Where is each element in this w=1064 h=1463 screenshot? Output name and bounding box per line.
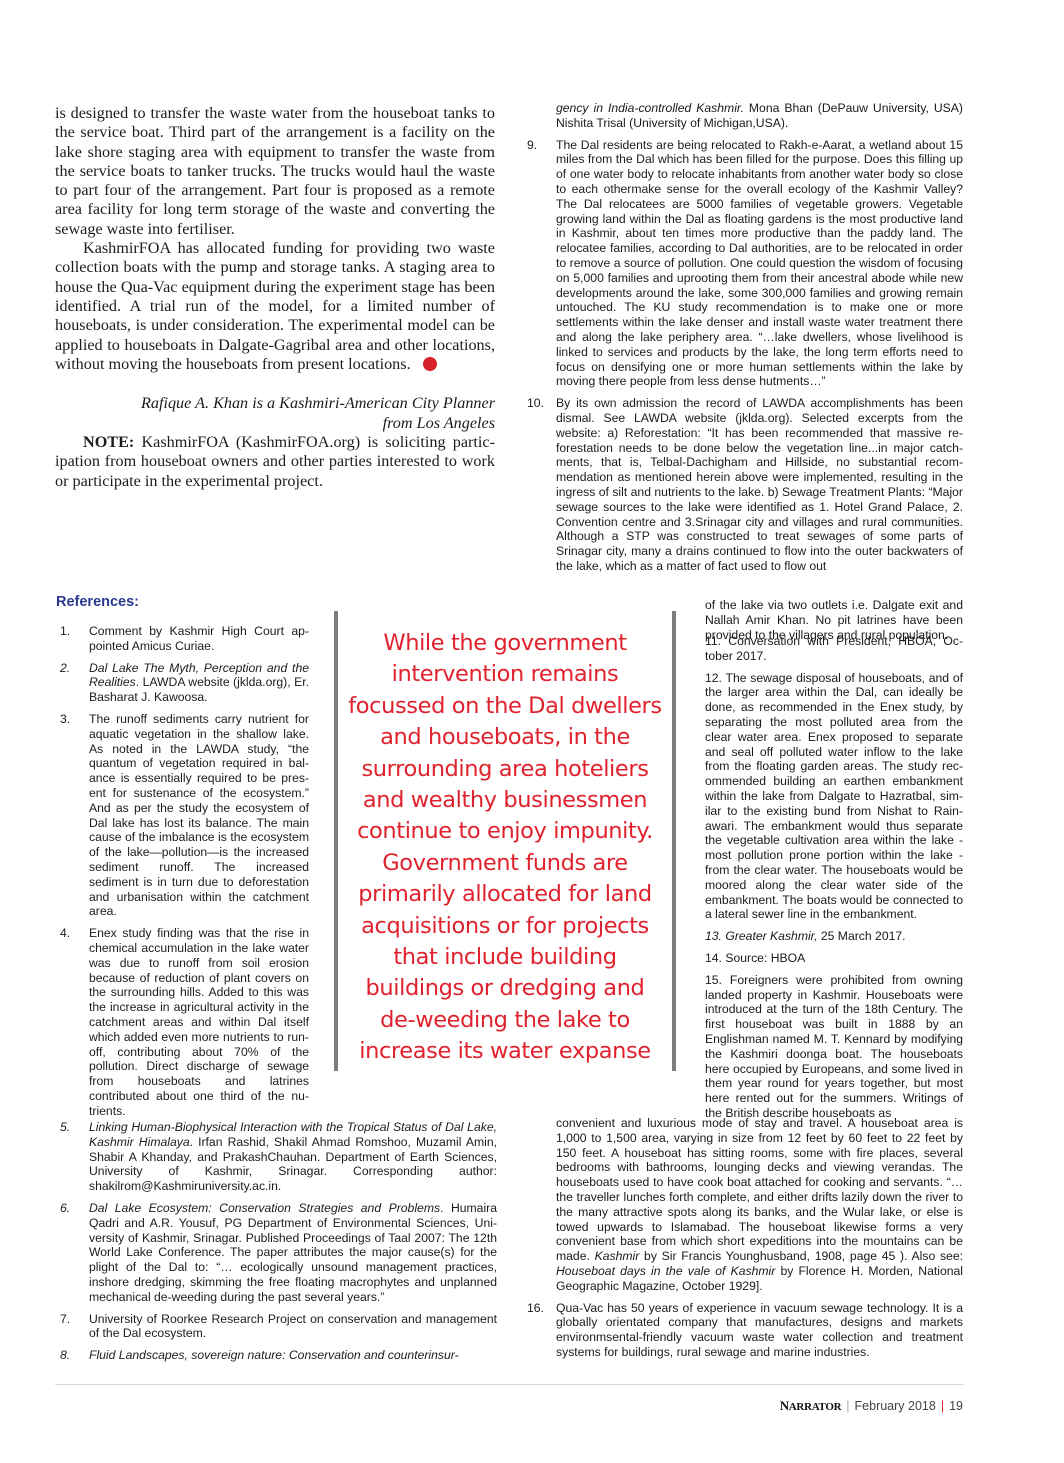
- references-list-right-narrow: 11. Conversation with President, HBOA, O…: [705, 634, 963, 1128]
- reference-item-16: 16. Qua-Vac has 50 years of experience i…: [523, 1301, 963, 1360]
- reference-item-2: 2. Dal Lake The Myth, Perception and the…: [56, 661, 309, 705]
- reference-item-7: 7. University of Roorkee Research Projec…: [56, 1312, 497, 1342]
- reference-item-15-continued: convenient and luxurious mode of stay an…: [523, 1116, 963, 1294]
- note-label: NOTE:: [83, 433, 134, 451]
- article-body: is designed to transfer the waste water …: [55, 104, 495, 491]
- reference-item-1: 1. Comment by Kashmir High Court ap­poin…: [56, 624, 309, 654]
- reference-item-8: 8. Fluid Landscapes, sovereign nature: C…: [56, 1348, 497, 1363]
- reference-item-15: 15. Foreigners were prohibited from owni…: [705, 973, 963, 1121]
- footer-divider: [55, 1384, 964, 1385]
- note-paragraph: NOTE: KashmirFOA (KashmirFOA.org) is sol…: [55, 433, 495, 491]
- pull-quote: While the government intervention remain…: [342, 628, 668, 1068]
- article-paragraph-2: KashmirFOA has allocated funding for pro…: [55, 239, 495, 374]
- references-list-left-wide: 5. Linking Human-Biophysical Interaction…: [56, 1120, 497, 1370]
- reference-item-3: 3. The runoff sediments carry nutrient f…: [56, 712, 309, 919]
- pull-quote-left-bar: [334, 611, 338, 1071]
- footer-separator: |: [846, 1399, 849, 1413]
- reference-title: Dal Lake Ecosystem: Conservation Strateg…: [89, 1201, 440, 1215]
- reference-title: Greater Kashmir,: [725, 929, 817, 943]
- reference-item-5: 5. Linking Human-Biophysical Interaction…: [56, 1120, 497, 1194]
- reference-item-6: 6. Dal Lake Ecosystem: Conservation Stra…: [56, 1201, 497, 1305]
- references-heading: References:: [56, 594, 139, 610]
- reference-item-9: 9. The Dal residents are being relocated…: [523, 138, 963, 390]
- references-list-right-bottom: convenient and luxurious mode of stay an…: [523, 1116, 963, 1367]
- reference-item-12: 12. The sewage disposal of houseboats, a…: [705, 671, 963, 923]
- reference-item-10: 10. By its own admission the record of L…: [523, 396, 963, 574]
- reference-item-14: 14. Source: HBOA: [705, 951, 963, 966]
- narrator-end-mark-icon: N: [423, 357, 437, 371]
- reference-item-11: 11. Conversation with President, HBOA, O…: [705, 634, 963, 664]
- pull-quote-right-bar: [672, 611, 676, 1071]
- issue-date: February 2018: [855, 1399, 936, 1413]
- page-footer: NARRATOR | February 2018 | 19: [780, 1398, 963, 1414]
- page-number: 19: [949, 1399, 963, 1413]
- references-list-left-narrow: 1. Comment by Kashmir High Court ap­poin…: [56, 624, 309, 1126]
- narrator-logo: NARRATOR: [780, 1398, 842, 1414]
- footer-separator-red: |: [941, 1399, 944, 1413]
- reference-item-4: 4. Enex study finding was that the rise …: [56, 926, 309, 1118]
- reference-item-13: 13. Greater Kashmir, 25 March 2017.: [705, 929, 963, 944]
- author-byline: Rafique A. Khan is a Kashmiri-American C…: [55, 394, 495, 433]
- reference-item-8-continued: gency in India-controlled Kashmir. Mona …: [523, 101, 963, 131]
- reference-title-part1: Fluid Landscapes, sovereign nature: Cons…: [89, 1348, 459, 1362]
- article-paragraph-1: is designed to transfer the waste water …: [55, 104, 495, 239]
- references-list-right-top: gency in India-controlled Kashmir. Mona …: [523, 101, 963, 581]
